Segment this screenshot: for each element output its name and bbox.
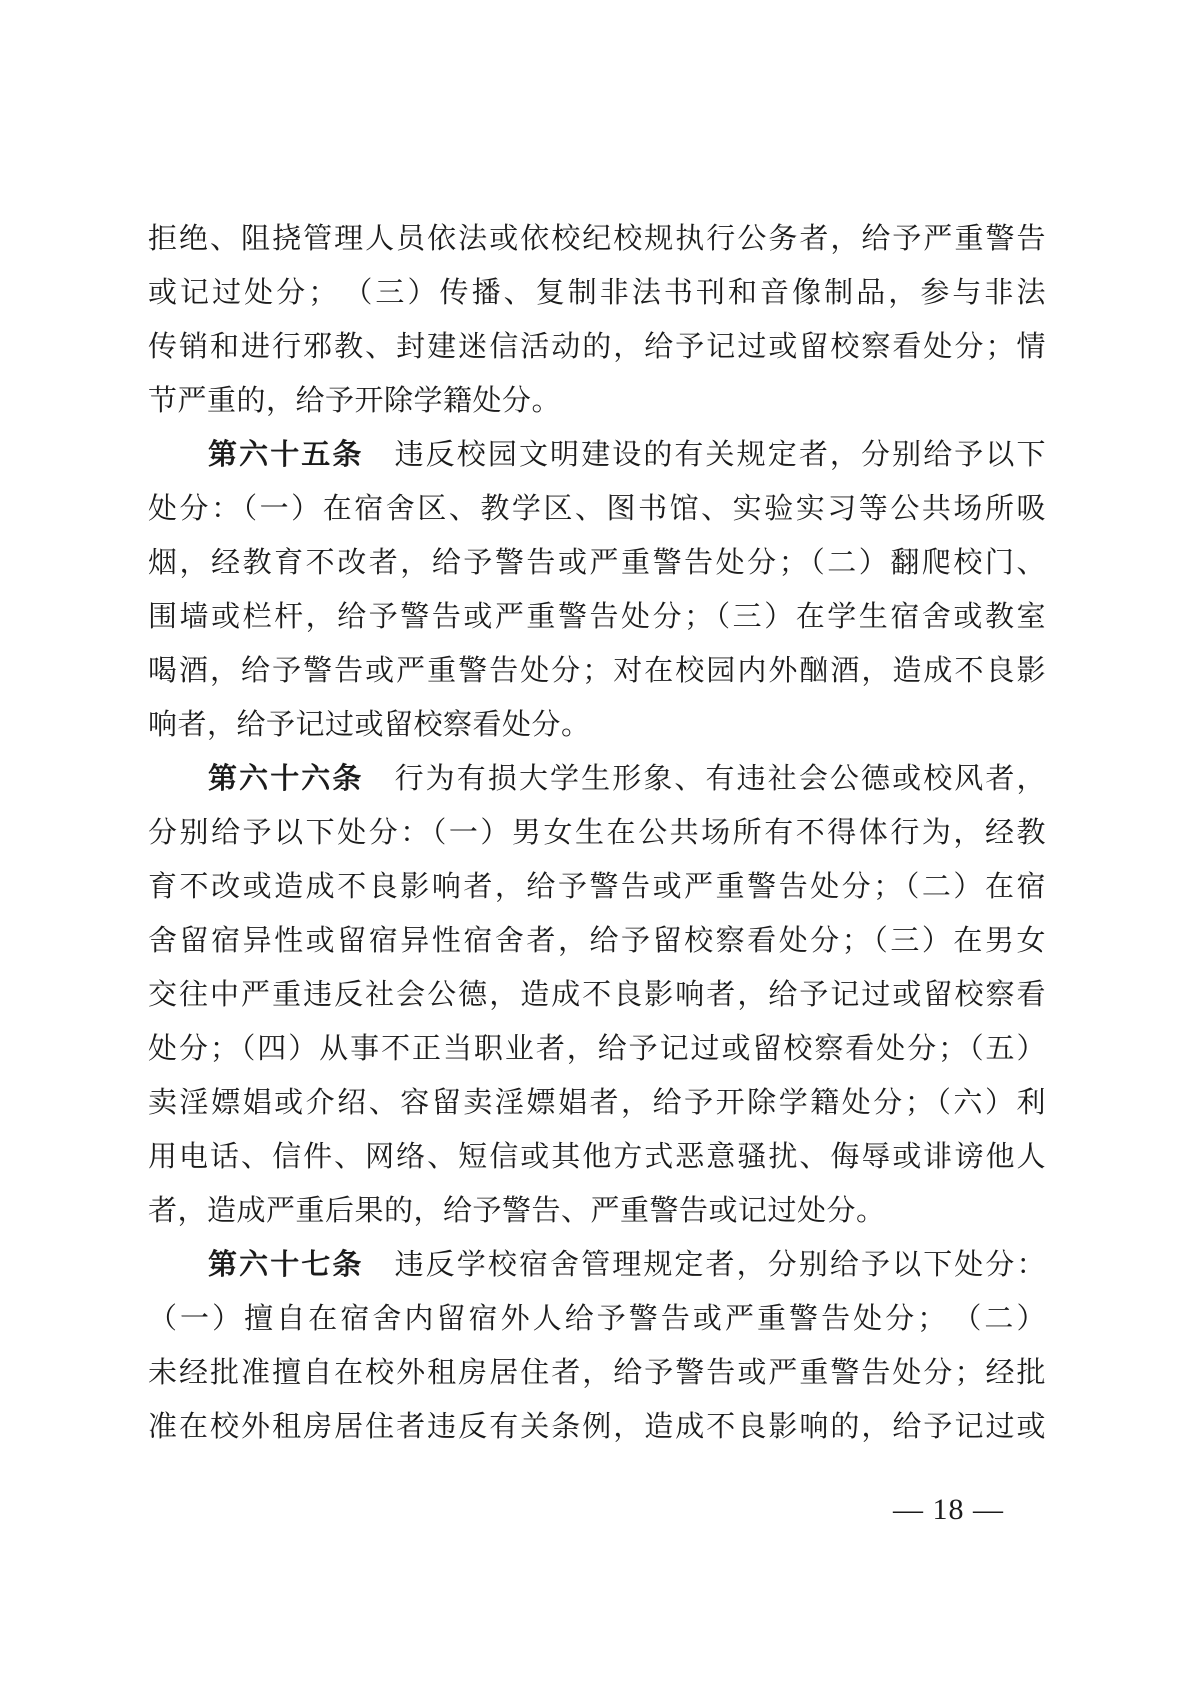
text-line: 喝酒，给予警告或严重警告处分；对在校园内外酗酒，造成不良影 bbox=[148, 644, 1046, 698]
text-run: 者，造成严重后果的，给予警告、严重警告或记过处分。 bbox=[148, 1195, 886, 1227]
text-run: 节严重的，给予开除学籍处分。 bbox=[148, 385, 561, 417]
text-run: 或记过处分； （三）传播、复制非法书刊和音像制品，参与非法 bbox=[148, 277, 1046, 309]
text-line: 者，造成严重后果的，给予警告、严重警告或记过处分。 bbox=[148, 1184, 1046, 1238]
text-line: 舍留宿异性或留宿异性宿舍者，给予留校察看处分；（三）在男女 bbox=[148, 914, 1046, 968]
text-run: 传销和进行邪教、封建迷信活动的，给予记过或留校察看处分；情 bbox=[148, 331, 1046, 363]
text-run: 拒绝、阻挠管理人员依法或依校纪校规执行公务者，给予严重警告 bbox=[148, 223, 1046, 255]
text-run: 行为有损大学生形象、有违社会公德或校风者， bbox=[363, 763, 1046, 795]
text-line: 用电话、信件、网络、短信或其他方式恶意骚扰、侮辱或诽谤他人 bbox=[148, 1130, 1046, 1184]
text-run: 分别给予以下处分：（一）男女生在公共场所有不得体行为，经教 bbox=[148, 817, 1046, 849]
text-line: 烟，经教育不改者，给予警告或严重警告处分；（二）翻爬校门、 bbox=[148, 536, 1046, 590]
text-line: 传销和进行邪教、封建迷信活动的，给予记过或留校察看处分；情 bbox=[148, 320, 1046, 374]
text-line: 围墙或栏杆，给予警告或严重警告处分；（三）在学生宿舍或教室 bbox=[148, 590, 1046, 644]
document-body: 拒绝、阻挠管理人员依法或依校纪校规执行公务者，给予严重警告或记过处分； （三）传… bbox=[148, 212, 1046, 1454]
text-line: 处分；（四）从事不正当职业者，给予记过或留校察看处分；（五） bbox=[148, 1022, 1046, 1076]
text-line: 第六十五条 违反校园文明建设的有关规定者，分别给予以下 bbox=[148, 428, 1046, 482]
text-run: 处分：（一）在宿舍区、教学区、图书馆、实验实习等公共场所吸 bbox=[148, 493, 1046, 525]
text-run: 交往中严重违反社会公德，造成不良影响者，给予记过或留校察看 bbox=[148, 979, 1046, 1011]
text-run: 烟，经教育不改者，给予警告或严重警告处分；（二）翻爬校门、 bbox=[148, 547, 1046, 579]
text-run: 喝酒，给予警告或严重警告处分；对在校园内外酗酒，造成不良影 bbox=[148, 655, 1046, 687]
text-line: 卖淫嫖娼或介绍、容留卖淫嫖娼者，给予开除学籍处分；（六）利 bbox=[148, 1076, 1046, 1130]
text-line: 未经批准擅自在校外租房居住者，给予警告或严重警告处分；经批 bbox=[148, 1346, 1046, 1400]
text-line: 第六十六条 行为有损大学生形象、有违社会公德或校风者， bbox=[148, 752, 1046, 806]
text-line: 处分：（一）在宿舍区、教学区、图书馆、实验实习等公共场所吸 bbox=[148, 482, 1046, 536]
text-line: 节严重的，给予开除学籍处分。 bbox=[148, 374, 1046, 428]
text-line: 交往中严重违反社会公德，造成不良影响者，给予记过或留校察看 bbox=[148, 968, 1046, 1022]
article-heading: 第六十七条 bbox=[208, 1249, 363, 1281]
article-heading: 第六十六条 bbox=[208, 763, 363, 795]
text-line: 或记过处分； （三）传播、复制非法书刊和音像制品，参与非法 bbox=[148, 266, 1046, 320]
text-run: 育不改或造成不良影响者，给予警告或严重警告处分；（二）在宿 bbox=[148, 871, 1046, 903]
text-run: （一）擅自在宿舍内留宿外人给予警告或严重警告处分； （二） bbox=[148, 1303, 1046, 1335]
text-line: （一）擅自在宿舍内留宿外人给予警告或严重警告处分； （二） bbox=[148, 1292, 1046, 1346]
text-line: 拒绝、阻挠管理人员依法或依校纪校规执行公务者，给予严重警告 bbox=[148, 212, 1046, 266]
text-line: 第六十七条 违反学校宿舍管理规定者，分别给予以下处分： bbox=[148, 1238, 1046, 1292]
text-run: 卖淫嫖娼或介绍、容留卖淫嫖娼者，给予开除学籍处分；（六）利 bbox=[148, 1087, 1046, 1119]
text-run: 未经批准擅自在校外租房居住者，给予警告或严重警告处分；经批 bbox=[148, 1357, 1046, 1389]
text-line: 响者，给予记过或留校察看处分。 bbox=[148, 698, 1046, 752]
text-line: 育不改或造成不良影响者，给予警告或严重警告处分；（二）在宿 bbox=[148, 860, 1046, 914]
text-run: 舍留宿异性或留宿异性宿舍者，给予留校察看处分；（三）在男女 bbox=[148, 925, 1046, 957]
text-run: 处分；（四）从事不正当职业者，给予记过或留校察看处分；（五） bbox=[148, 1033, 1046, 1065]
article-heading: 第六十五条 bbox=[208, 439, 363, 471]
text-run: 准在校外租房居住者违反有关条例，造成不良影响的，给予记过或 bbox=[148, 1411, 1046, 1443]
text-run: 围墙或栏杆，给予警告或严重警告处分；（三）在学生宿舍或教室 bbox=[148, 601, 1046, 633]
text-run: 违反学校宿舍管理规定者，分别给予以下处分： bbox=[363, 1249, 1046, 1281]
text-line: 准在校外租房居住者违反有关条例，造成不良影响的，给予记过或 bbox=[148, 1400, 1046, 1454]
text-run: 响者，给予记过或留校察看处分。 bbox=[148, 709, 591, 741]
document-page: 拒绝、阻挠管理人员依法或依校纪校规执行公务者，给予严重警告或记过处分； （三）传… bbox=[0, 0, 1191, 1684]
text-run: 违反校园文明建设的有关规定者，分别给予以下 bbox=[363, 439, 1046, 471]
text-line: 分别给予以下处分：（一）男女生在公共场所有不得体行为，经教 bbox=[148, 806, 1046, 860]
page-number: — 18 — bbox=[893, 1493, 1004, 1527]
text-run: 用电话、信件、网络、短信或其他方式恶意骚扰、侮辱或诽谤他人 bbox=[148, 1141, 1046, 1173]
